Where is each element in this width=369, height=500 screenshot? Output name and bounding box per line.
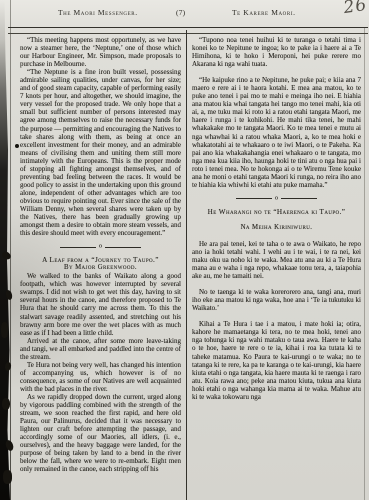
section-divider: o (20, 244, 181, 250)
paragraph: He ara pai tenei, kei te taha o te awa o… (192, 240, 361, 280)
masthead-rule (8, 27, 368, 34)
paragraph: No te taenga ki te waka korerorero ana, … (192, 288, 361, 312)
masthead-left-title: The Maori Messenger. (58, 8, 138, 17)
ink-blot (15, 144, 19, 148)
newspaper-page: 26 The Maori Messenger. (7) Te Karere Ma… (0, 0, 369, 500)
article-title: A Leaf from a “Journey to Taupo.” (20, 256, 181, 264)
ink-blot (1, 322, 8, 338)
masthead-right-title: Te Karere Maori. (232, 8, 296, 17)
article-byline: By Major Greenwood. (20, 264, 181, 272)
masthead-page-number: (7) (176, 8, 185, 17)
binding-shadow (0, 0, 10, 500)
page-edge-line (10, 0, 11, 500)
ink-blot (2, 398, 10, 410)
masthead: The Maori Messenger. (7) Te Karere Maori… (10, 8, 364, 22)
maori-column: “Tupono noa tenei huihui ki te turanga o… (192, 36, 361, 500)
paragraph: “This meeting happens most opportunely, … (20, 36, 181, 68)
paragraph: We walked to the banks of Waikato along … (20, 272, 181, 336)
column-rule (186, 30, 187, 500)
paragraph: As we rapidly dropped down the current, … (20, 393, 181, 473)
divider-ornament: o (275, 195, 278, 201)
paragraph: “Tupono noa tenei huihui ki te turanga o… (192, 36, 361, 68)
divider-ornament: o (99, 244, 102, 250)
paragraph: “The Neptune is a fine iron built vessel… (20, 68, 181, 237)
paragraph: Arrived at the canoe, after some more le… (20, 337, 181, 361)
paragraph: “He kaipuke rino a te Nepitune, he puke … (192, 76, 361, 189)
article-byline: Na Meiha Kiriniwuru. (192, 224, 361, 232)
paragraph: Kihai a Te Hura i tae i a matou, i mate … (192, 320, 361, 400)
article-title: He Wharangi no te “Haerenga ki Taupo.” (192, 208, 361, 216)
paragraph: Te Hura not being very well, has changed… (20, 361, 181, 393)
page-right-edge-line (364, 28, 365, 500)
section-divider: o (192, 196, 361, 202)
ink-blot (3, 470, 12, 484)
english-column: “This meeting happens most opportunely, … (20, 36, 181, 500)
